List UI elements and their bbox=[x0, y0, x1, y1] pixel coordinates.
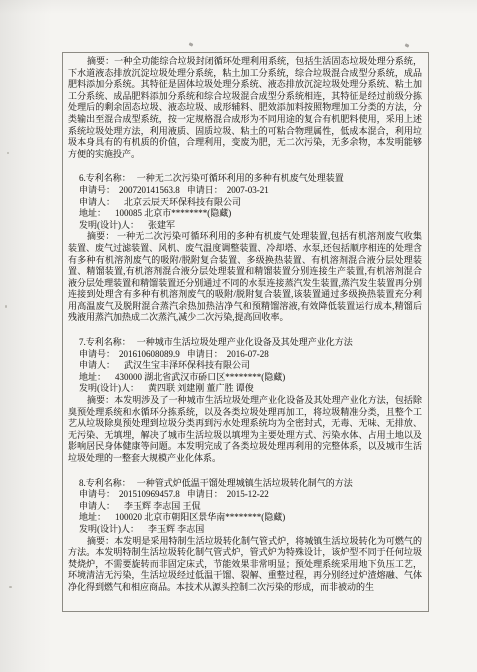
patent-title: 一种管式炉低温干馏处理城镇生活垃圾转化制气的方法 bbox=[137, 478, 353, 488]
applicant-label: 申请人： bbox=[79, 501, 115, 511]
application-number-label: 申请号： bbox=[79, 349, 115, 359]
scan-edge-shadow bbox=[0, 0, 52, 672]
inventors-label: 发明(设计)人： bbox=[79, 220, 139, 230]
application-date: 2015-12-22 bbox=[227, 489, 269, 499]
abstract-text: 本发明涉及了一种城市生活垃圾处理产业化设备及其处理产业化方法，包括除臭预处理系统… bbox=[68, 395, 422, 463]
applicant-line: 申请人：武汉生宝丰泽环保科技有限公司 bbox=[68, 360, 422, 372]
scanned-patent-document: { "colors": { "paper": "#f5f4f1", "ink":… bbox=[0, 0, 477, 672]
patent-table-cell: 摘要：一种全功能综合垃圾封闭循环处理利用系统，包括生活固态垃圾处理分系统，下水道… bbox=[62, 52, 429, 612]
application-number-label: 申请号： bbox=[79, 489, 115, 499]
application-date-label: 申请日： bbox=[187, 489, 223, 499]
address-line: 地址：430000 湖北省武汉市硚口区********(隐藏) bbox=[68, 372, 422, 384]
application-date: 2007-03-21 bbox=[227, 185, 269, 195]
address-line: 地址：100020 北京市朝阳区景华南********(隐藏) bbox=[68, 512, 422, 524]
application-date: 2016-07-28 bbox=[227, 349, 269, 359]
applicant-label: 申请人： bbox=[79, 197, 115, 207]
patent-title-line: 8.专利名称：一种管式炉低温干馏处理城镇生活垃圾转化制气的方法 bbox=[68, 478, 422, 490]
address-label: 地址： bbox=[79, 372, 106, 382]
address-label: 地址： bbox=[79, 208, 106, 218]
applicant-line: 申请人：李玉辉 李志国 王侃 bbox=[68, 501, 422, 513]
application-date-label: 申请日： bbox=[187, 349, 223, 359]
patent-entry-6: 6.专利名称：一种无二次污染可循环利用的多种有机废气处理装置 申请号：20072… bbox=[68, 173, 422, 324]
abstract-label: 摘要： bbox=[87, 536, 114, 546]
application-date-label: 申请日： bbox=[187, 185, 223, 195]
inventors-label: 发明(设计)人： bbox=[79, 383, 139, 393]
scan-speck bbox=[7, 152, 9, 154]
applicant-label: 申请人： bbox=[79, 360, 115, 370]
address-line: 地址：100085 北京市********(隐藏) bbox=[68, 208, 422, 220]
inventors-line: 发明(设计)人：张建军 bbox=[68, 220, 422, 232]
patent-title-label: 7.专利名称： bbox=[79, 337, 131, 347]
inventors-line: 发明(设计)人：黄四联 刘建刚 董广胜 谭俊 bbox=[68, 383, 422, 395]
abstract-label: 摘要： bbox=[87, 395, 114, 405]
address-value: 100020 北京市朝阳区景华南********(隐藏) bbox=[115, 512, 285, 522]
address-label: 地址： bbox=[79, 512, 106, 522]
inventors-names: 张建军 bbox=[148, 220, 175, 230]
abstract-text: 本发明是采用特制生活垃圾转化制气管式炉，将城镇生活垃圾转化为可燃气的方法。本发明… bbox=[68, 536, 422, 592]
applicant-name: 武汉生宝丰泽环保科技有限公司 bbox=[124, 360, 250, 370]
abstract-paragraph: 摘要：本发明涉及了一种城市生活垃圾处理产业化设备及其处理产业化方法，包括除臭预处… bbox=[68, 395, 422, 465]
patent-title: 一种无二次污染可循环利用的多种有机废气处理装置 bbox=[137, 173, 344, 183]
application-number: 200720141563.8 bbox=[119, 185, 180, 195]
inventors-names: 黄四联 刘建刚 董广胜 谭俊 bbox=[148, 383, 254, 393]
patent-title-line: 7.专利名称：一种城市生活垃圾处理产业化设备及其处理产业化方法 bbox=[68, 337, 422, 349]
abstract-text: 一种无二次污染可循环利用的多种有机废气处理装置,包括有机溶剂废气收集装置、废气过… bbox=[68, 231, 422, 322]
inventors-line: 发明(设计)人：李玉辉 李志国 bbox=[68, 524, 422, 536]
application-number-line: 申请号：200720141563.8申请日：2007-03-21 bbox=[68, 185, 422, 197]
scan-artifact-mark bbox=[189, 42, 194, 47]
abstract-paragraph: 摘要： 一种无二次污染可循环利用的多种有机废气处理装置,包括有机溶剂废气收集装置… bbox=[68, 231, 422, 324]
continued-abstract-paragraph: 摘要：一种全功能综合垃圾封闭循环处理利用系统，包括生活固态垃圾处理分系统，下水道… bbox=[68, 56, 422, 160]
patent-title-label: 6.专利名称： bbox=[79, 173, 131, 183]
scan-speck bbox=[5, 305, 7, 308]
application-number-label: 申请号： bbox=[79, 185, 115, 195]
address-value: 430000 湖北省武汉市硚口区********(隐藏) bbox=[115, 372, 285, 382]
address-value: 100085 北京市********(隐藏) bbox=[115, 208, 231, 218]
patent-title-line: 6.专利名称：一种无二次污染可循环利用的多种有机废气处理装置 bbox=[68, 173, 422, 185]
inventors-names: 李玉辉 李志国 bbox=[148, 524, 204, 534]
application-number: 201610608089.9 bbox=[119, 349, 180, 359]
patent-entry-8: 8.专利名称：一种管式炉低温干馏处理城镇生活垃圾转化制气的方法 申请号：2015… bbox=[68, 478, 422, 594]
abstract-paragraph: 摘要：本发明是采用特制生活垃圾转化制气管式炉，将城镇生活垃圾转化为可燃气的方法。… bbox=[68, 536, 422, 594]
applicant-name: 北京云辰天环保科技有限公司 bbox=[124, 197, 241, 207]
scan-artifact-mark bbox=[405, 43, 410, 48]
application-number: 201510969457.8 bbox=[119, 489, 180, 499]
applicant-name: 李玉辉 李志国 王侃 bbox=[124, 501, 201, 511]
applicant-line: 申请人：北京云辰天环保科技有限公司 bbox=[68, 197, 422, 209]
abstract-text: 一种全功能综合垃圾封闭循环处理利用系统，包括生活固态垃圾处理分系统，下水道液态排… bbox=[68, 56, 422, 159]
application-number-line: 申请号：201610608089.9申请日：2016-07-28 bbox=[68, 349, 422, 361]
patent-title: 一种城市生活垃圾处理产业化设备及其处理产业化方法 bbox=[137, 337, 353, 347]
application-number-line: 申请号：201510969457.8申请日：2015-12-22 bbox=[68, 489, 422, 501]
abstract-label: 摘要： bbox=[87, 56, 114, 66]
patent-title-label: 8.专利名称： bbox=[79, 478, 131, 488]
scan-speck bbox=[9, 586, 12, 588]
scan-top-shadow bbox=[0, 0, 477, 14]
patent-entry-7: 7.专利名称：一种城市生活垃圾处理产业化设备及其处理产业化方法 申请号：2016… bbox=[68, 337, 422, 465]
inventors-label: 发明(设计)人： bbox=[79, 524, 139, 534]
abstract-label: 摘要： bbox=[87, 231, 115, 241]
